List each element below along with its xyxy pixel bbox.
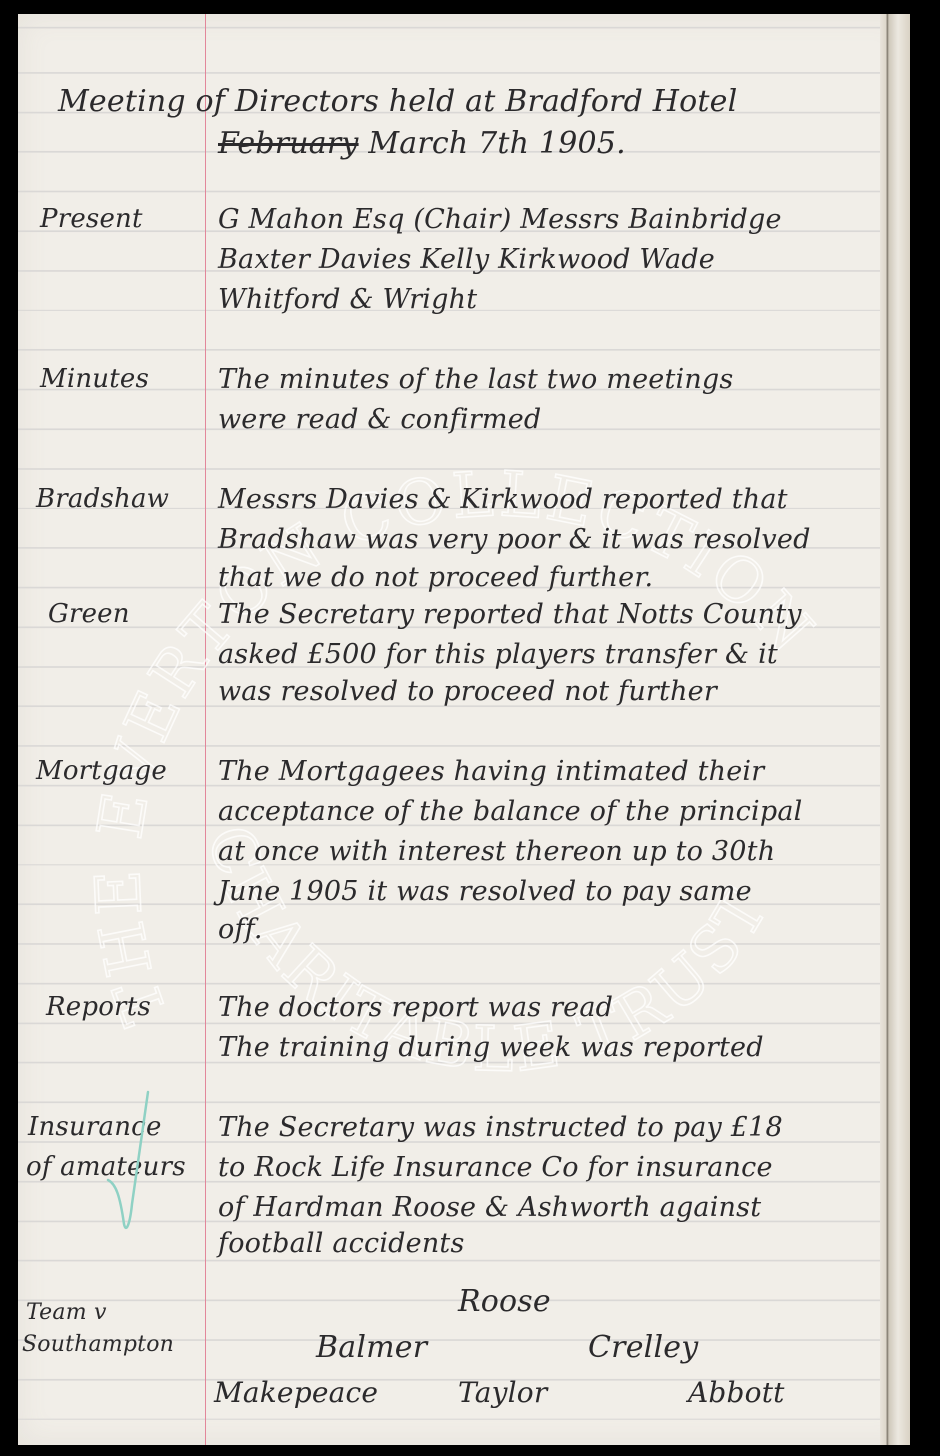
entry-line: The training during week was reported (218, 1032, 764, 1063)
entry-label-bradshaw: Bradshaw (36, 484, 169, 514)
team-back: Balmer (316, 1330, 427, 1365)
entry-label-reports: Reports (46, 992, 151, 1022)
entry-line: was resolved to proceed not further (218, 676, 717, 707)
entry-line: The Secretary reported that Notts County (218, 599, 802, 630)
entry-line: The Mortgagees having intimated their (218, 756, 764, 787)
meeting-heading: Meeting of Directors held at Bradford Ho… (58, 84, 737, 119)
entry-line: football accidents (218, 1228, 465, 1259)
entry-label-green: Green (48, 599, 130, 629)
entry-line: that we do not proceed further. (218, 562, 653, 593)
entry-line: Whitford & Wright (218, 284, 477, 315)
entry-line: were read & confirmed (218, 404, 541, 435)
entry-line: Messrs Davies & Kirkwood reported that (218, 484, 788, 515)
entry-line: Baxter Davies Kelly Kirkwood Wade (218, 244, 715, 275)
entry-line: The Secretary was instructed to pay £18 (218, 1112, 783, 1143)
entry-line: off. (218, 914, 263, 945)
entry-line: June 1905 it was resolved to pay same (218, 876, 752, 907)
struck-month: February (218, 126, 359, 161)
team-label: Team v (26, 1300, 107, 1325)
check-mark-icon (96, 1084, 156, 1234)
entry-line: Bradshaw was very poor & it was resolved (218, 524, 811, 555)
entry-line: The minutes of the last two meetings (218, 364, 733, 395)
entry-line: to Rock Life Insurance Co for insurance (218, 1152, 773, 1183)
entry-line: G Mahon Esq (Chair) Messrs Bainbridge (218, 204, 782, 235)
entry-label-mortgage: Mortgage (36, 756, 167, 786)
team-halfback: Abbott (688, 1376, 785, 1409)
date-text: March 7th 1905. (368, 126, 626, 161)
team-goalkeeper: Roose (458, 1284, 551, 1319)
entry-line: The doctors report was read (218, 992, 613, 1023)
entry-label-minutes: Minutes (40, 364, 149, 394)
entry-line: acceptance of the balance of the princip… (218, 796, 802, 827)
entry-line: at once with interest thereon up to 30th (218, 836, 775, 867)
entry-line: asked £500 for this players transfer & i… (218, 639, 778, 670)
entry-line: of Hardman Roose & Ashworth against (218, 1192, 761, 1223)
book-binding-edge (880, 14, 910, 1445)
entry-label-present: Present (40, 204, 143, 234)
red-margin-rule (205, 14, 206, 1445)
meeting-date: February March 7th 1905. (218, 126, 626, 161)
team-halfback: Taylor (458, 1376, 547, 1409)
team-halfback: Makepeace (214, 1376, 378, 1409)
team-opponent: Southampton (22, 1332, 174, 1357)
minute-book-page: THE EVERTON COLLECTION CHARITABLE TRUST … (18, 14, 910, 1445)
team-back: Crelley (588, 1330, 698, 1365)
